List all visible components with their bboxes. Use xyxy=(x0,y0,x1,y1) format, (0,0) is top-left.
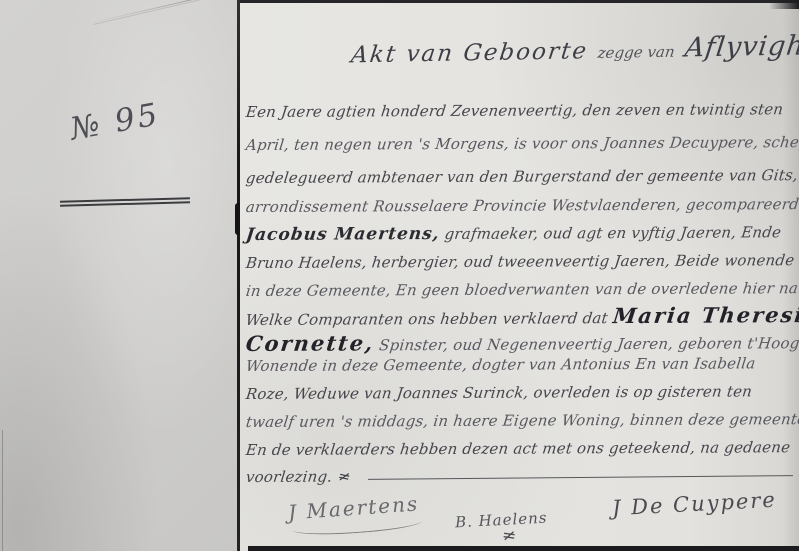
body-line-1: Een Jaere agtien honderd Zevenenveertig,… xyxy=(245,100,784,121)
body-line-6: Bruno Haelens, herbergier, oud tweeenvee… xyxy=(245,251,796,272)
body-line-3: gedelegueerd ambtenaer van den Burgersta… xyxy=(245,166,799,187)
body-line-9-rest: Spinster, oud Negenenveertig Jaeren, geb… xyxy=(373,334,799,354)
facing-page-edge-line xyxy=(2,430,3,551)
paper-crease-line xyxy=(93,0,249,23)
register-scan: № 95 Akt van Geboorte zegge van Aflyvigh… xyxy=(0,0,799,551)
act-page: Akt van Geboorte zegge van Aflyvigheid E… xyxy=(240,0,799,551)
body-line-4: arrondissement Rousselaere Provincie Wes… xyxy=(245,195,799,216)
body-line-5-rest: grafmaeker, oud agt en vyftig Jaeren, En… xyxy=(439,223,783,243)
deceased-surname: Cornette, xyxy=(245,330,377,356)
act-number-underline xyxy=(60,197,190,206)
body-line-10: Wonende in deze Gemeente, dogter van Ant… xyxy=(245,354,757,375)
paraph-flourish-icon: ≠ xyxy=(336,466,354,486)
body-line-14: voorlezing.≠ xyxy=(245,467,352,486)
page-bottom-edge xyxy=(248,546,799,551)
body-line-8: Welke Comparanten ons hebben verklaerd d… xyxy=(245,302,799,330)
act-number: № 95 xyxy=(68,96,164,147)
body-line-2: April, ten negen uren 's Morgens, is voo… xyxy=(245,133,799,154)
signature-witness2-paraph-icon: ≠ xyxy=(501,525,518,547)
body-line-5: Jacobus Maertens, grafmaeker, oud agt en… xyxy=(245,222,783,245)
body-line-14-text: voorlezing. xyxy=(245,468,333,486)
body-line-7: in deze Gemeente, En geen bloedverwanten… xyxy=(245,279,799,300)
declarant1-name: Jacobus Maertens, xyxy=(245,224,441,245)
body-line-13: En de verklaerders hebben dezen act met … xyxy=(245,438,791,459)
body-line-8-pre: Welke Comparanten ons hebben verklaerd d… xyxy=(245,309,614,329)
body-line-12: twaelf uren 's middags, in haere Eigene … xyxy=(245,410,799,431)
body-line-9: Cornette, Spinster, oud Negenenveertig J… xyxy=(245,328,799,356)
body-line-11: Roze, Weduwe van Joannes Surinck, overle… xyxy=(245,382,753,403)
facing-page: № 95 xyxy=(0,0,238,551)
act-body: Een Jaere agtien honderd Zevenenveertig,… xyxy=(246,0,799,551)
deceased-first-names: Maria Theresia xyxy=(612,302,799,328)
